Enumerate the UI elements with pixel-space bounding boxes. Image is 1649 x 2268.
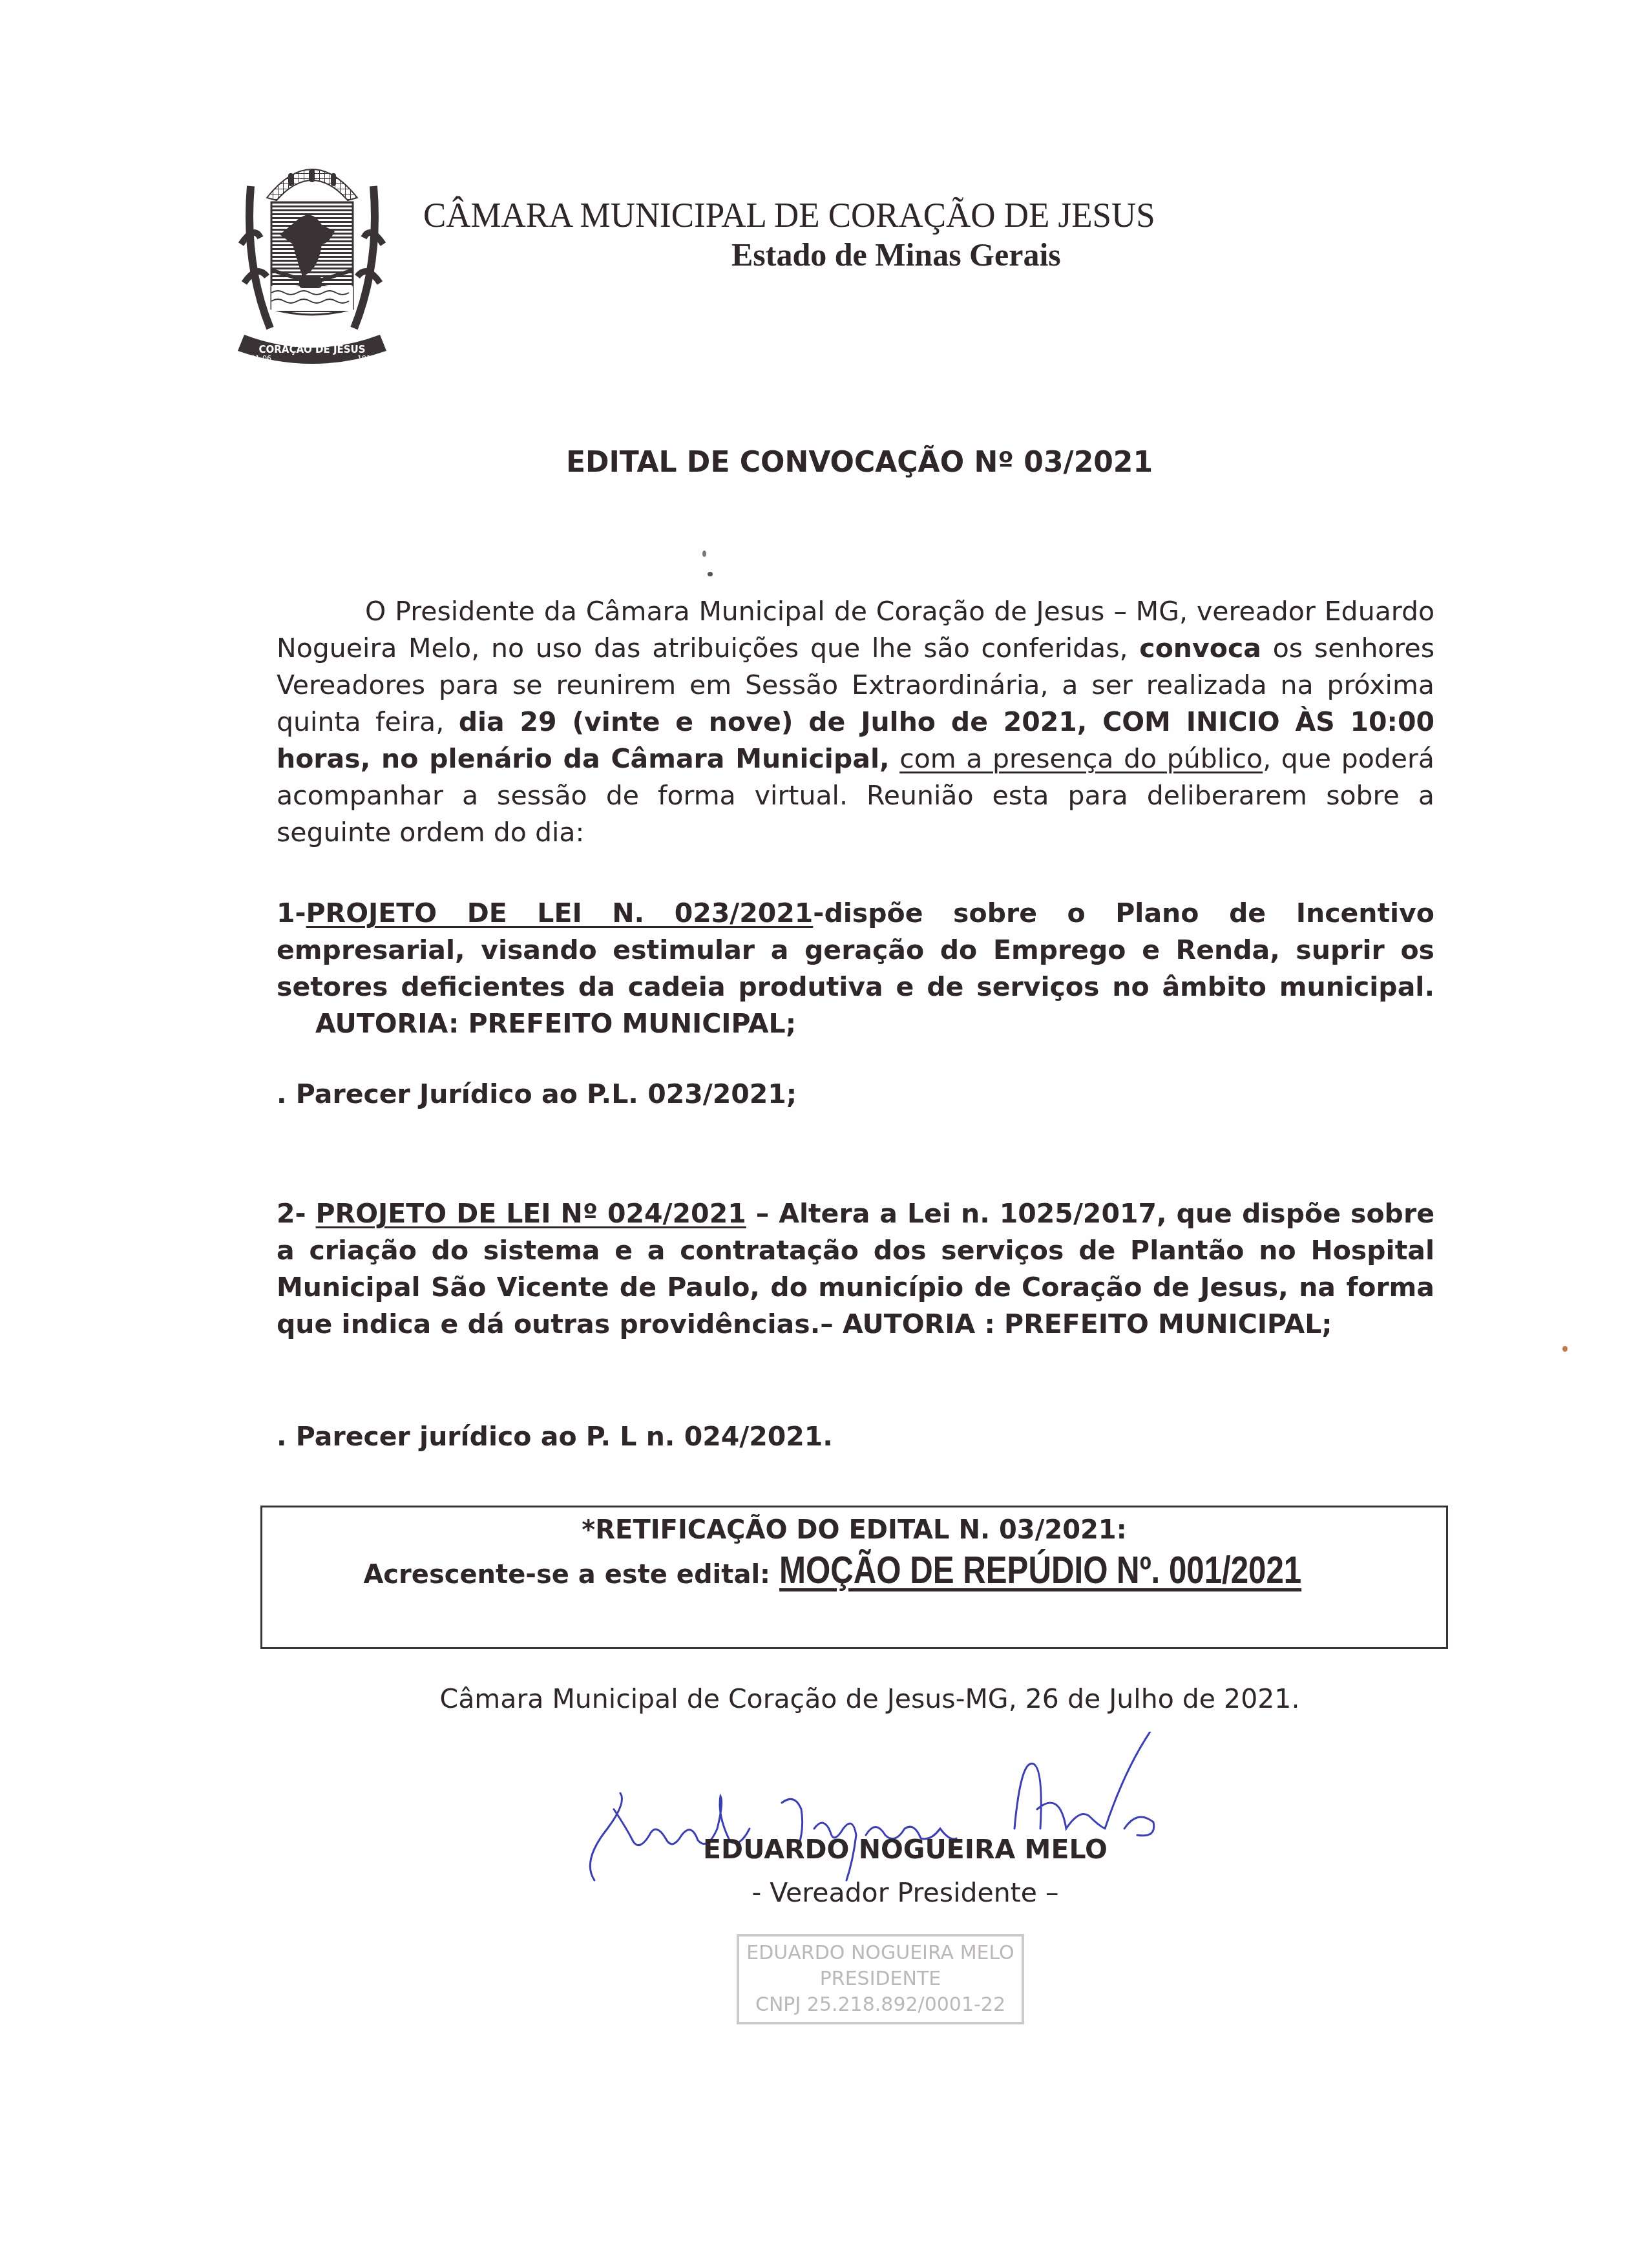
intro-paragraph: O Presidente da Câmara Municipal de Cora… — [277, 593, 1434, 851]
rectification-addition: Acrescente-se a este edital: MOÇÃO DE RE… — [262, 1548, 1446, 1592]
spacer — [890, 743, 900, 774]
motion-reference: MOÇÃO DE REPÚDIO Nº. 001/2021 — [779, 1548, 1301, 1592]
scan-artifact — [708, 572, 713, 576]
bill-authorship: AUTORIA: PREFEITO MUNICIPAL; — [315, 1008, 796, 1039]
dateline: Câmara Municipal de Coração de Jesus-MG,… — [0, 1683, 1649, 1714]
agenda-number: 2- — [277, 1198, 316, 1229]
bill-reference: PROJETO DE LEI N. 023/2021 — [306, 898, 814, 929]
agenda-item-2: 2- PROJETO DE LEI Nº 024/2021 – Altera a… — [277, 1195, 1434, 1343]
agenda-number: 1- — [277, 898, 306, 929]
scan-artifact — [1562, 1346, 1568, 1352]
signer-role: - Vereador Presidente – — [0, 1877, 1649, 1908]
public-presence-note: com a presença do público — [899, 743, 1263, 774]
official-stamp: EDUARDO NOGUEIRA MELO PRESIDENTE CNPJ 25… — [737, 1934, 1024, 2024]
svg-text:01-06: 01-06 — [251, 354, 271, 362]
state-name: Estado de Minas Gerais — [731, 236, 1061, 273]
agenda-item-1-opinion: . Parecer Jurídico ao P.L. 023/2021; — [277, 1076, 1434, 1113]
agenda-item-1: 1-PROJETO DE LEI N. 023/2021-dispõe sobr… — [277, 895, 1434, 1042]
document-title: EDITAL DE CONVOCAÇÃO Nº 03/2021 — [0, 446, 1649, 479]
bill-reference: PROJETO DE LEI Nº 024/2021 — [316, 1198, 746, 1229]
institution-name: CÂMARA MUNICIPAL DE CORAÇÃO DE JESUS — [423, 195, 1246, 235]
stamp-title: PRESIDENTE — [739, 1966, 1022, 1992]
scan-artifact — [702, 551, 706, 557]
signer-name: EDUARDO NOGUEIRA MELO — [0, 1834, 1649, 1865]
stamp-cnpj: CNPJ 25.218.892/0001-22 — [739, 1992, 1022, 2018]
svg-text:1912: 1912 — [357, 354, 375, 362]
convoca-emphasis: convoca — [1139, 633, 1261, 664]
municipal-coat-of-arms-icon: CORAÇÃO DE JESUS 01-06 1912 — [231, 147, 393, 367]
agenda-item-2-opinion: . Parecer jurídico ao P. L n. 024/2021. — [277, 1418, 1434, 1455]
stamp-name: EDUARDO NOGUEIRA MELO — [739, 1940, 1022, 1966]
rectification-label: Acrescente-se a este edital: — [363, 1560, 779, 1590]
rectification-heading: *RETIFICAÇÃO DO EDITAL N. 03/2021: — [262, 1515, 1446, 1545]
svg-text:CORAÇÃO DE JESUS: CORAÇÃO DE JESUS — [258, 343, 365, 355]
rectification-box: *RETIFICAÇÃO DO EDITAL N. 03/2021: Acres… — [260, 1506, 1448, 1649]
